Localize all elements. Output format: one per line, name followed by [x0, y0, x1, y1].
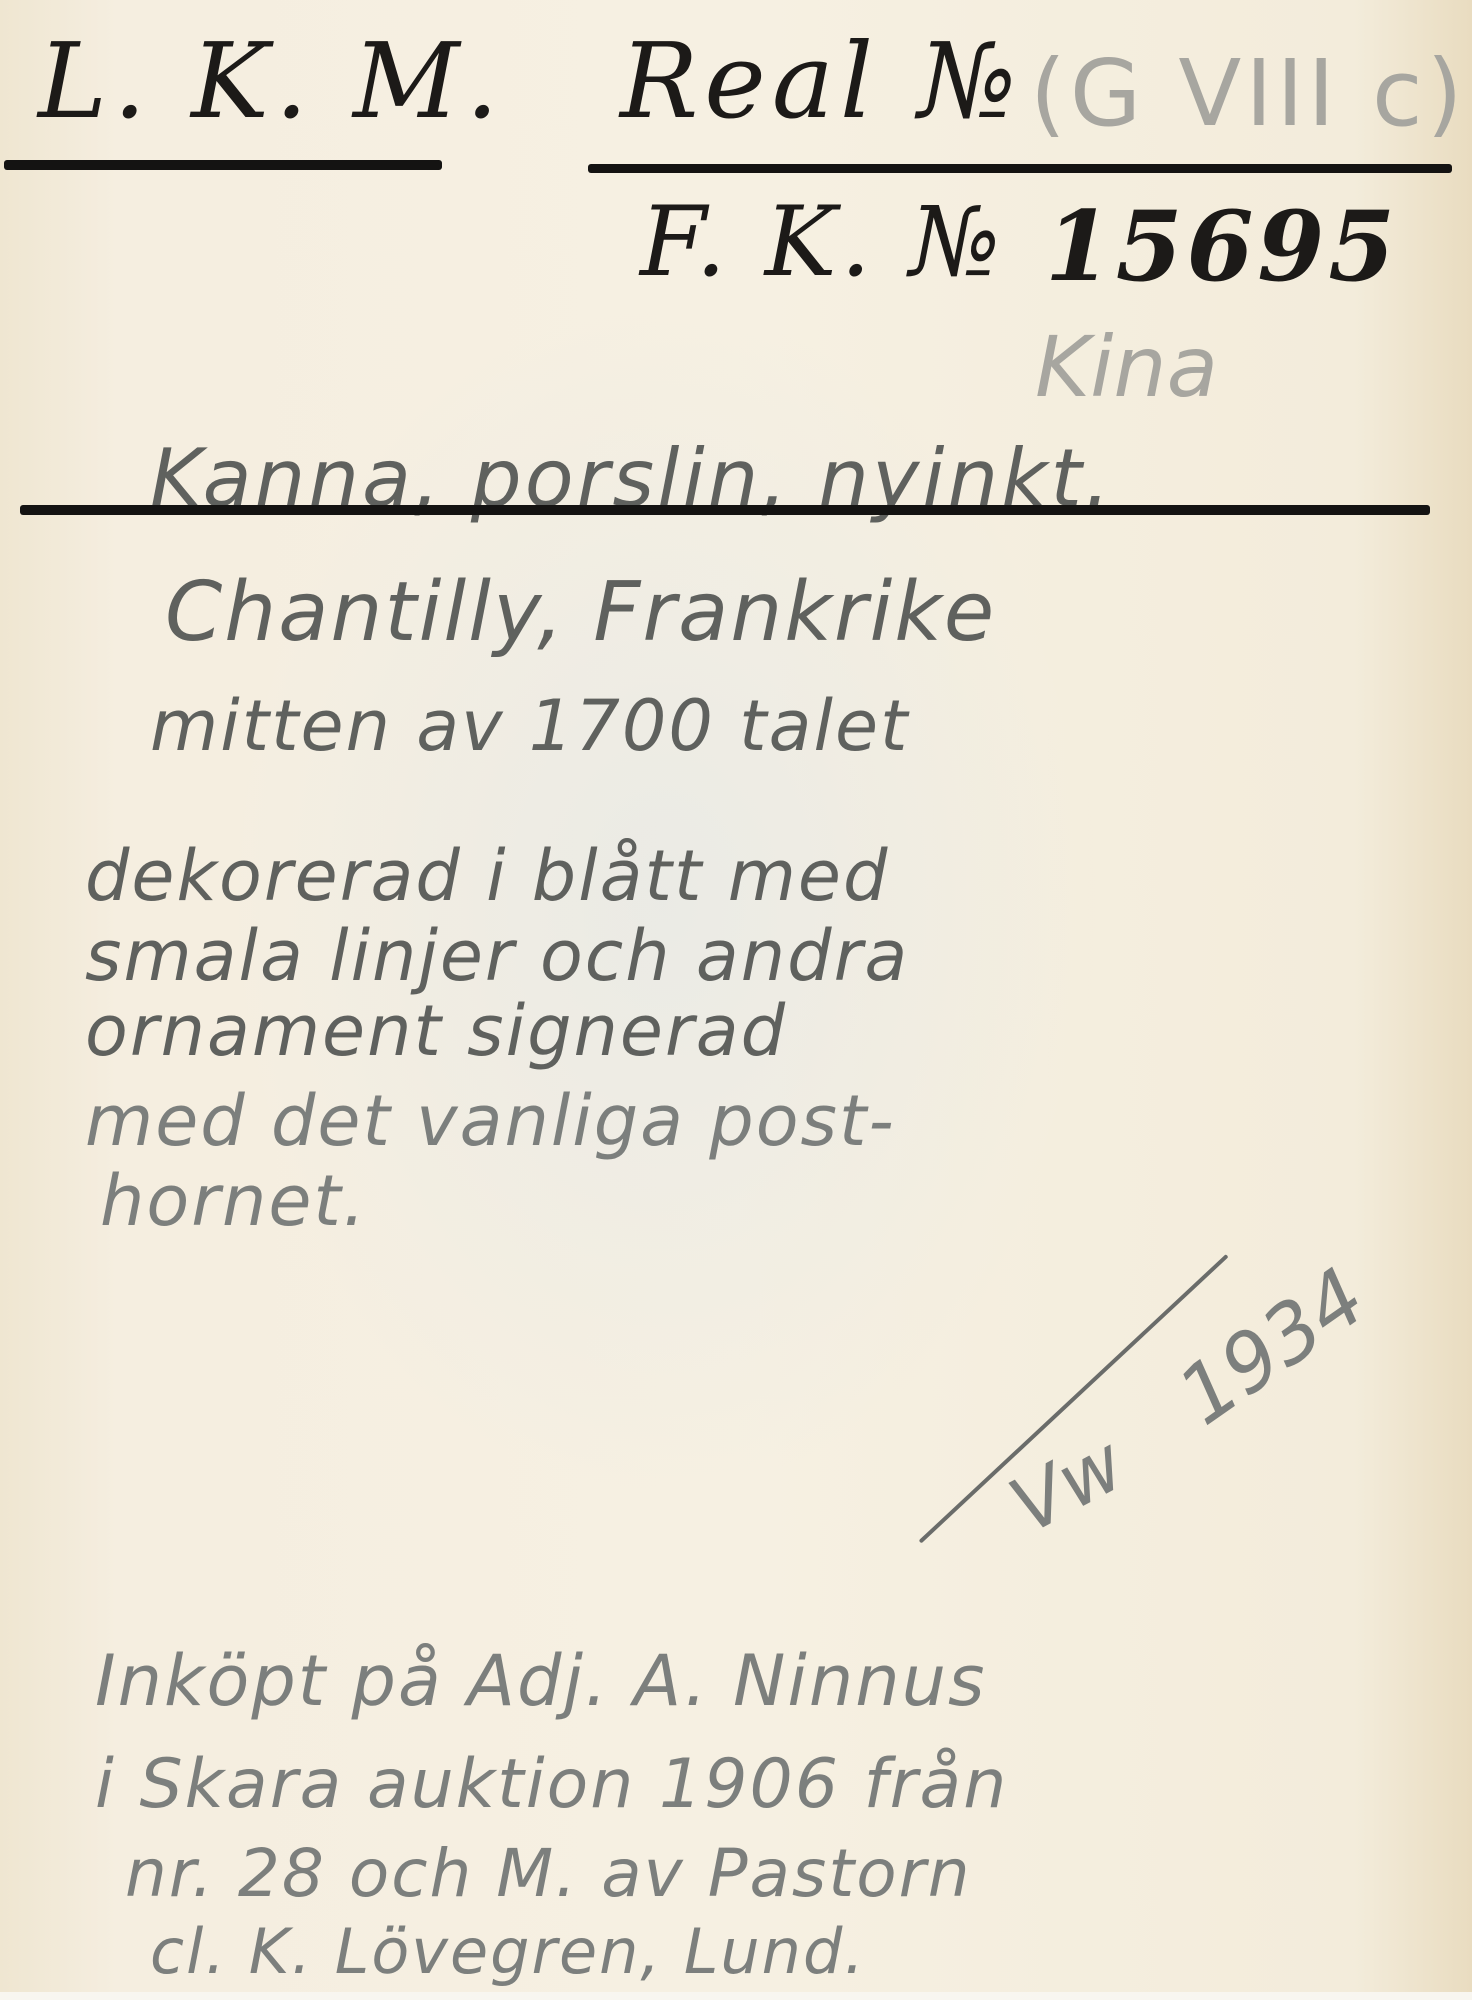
provenance-line-3: nr. 28 och M. av Pastorn	[125, 1835, 972, 1912]
body-line-6: med det vanliga post-	[85, 1080, 896, 1162]
body-line-4: smala linjer och andra	[85, 915, 909, 997]
category-pencil-note: Kina	[1035, 318, 1218, 416]
museum-abbreviation: L. K. M.	[38, 20, 505, 142]
catalog-card: L. K. M. Real № (G VIII c) K F. K. № 156…	[0, 0, 1472, 2000]
provenance-line-4: cl. K. Lövegren, Lund.	[150, 1915, 866, 1988]
signature-initials: Vw	[996, 1418, 1139, 1550]
title-rule	[20, 505, 1430, 515]
body-line-1: Chantilly, Frankrike	[165, 565, 996, 660]
real-number-label: Real №	[620, 20, 1023, 142]
fk-number-value: 15695	[1045, 190, 1399, 303]
body-line-3: dekorerad i blått med	[85, 835, 889, 917]
header-rule-left	[4, 160, 442, 170]
body-line-5: ornament signerad	[85, 990, 787, 1072]
signature-year: 1934	[1162, 1250, 1382, 1443]
header-rule-right	[588, 164, 1452, 173]
provenance-line-2: i Skara auktion 1906 från	[95, 1745, 1008, 1824]
body-line-2: mitten av 1700 talet	[150, 685, 909, 767]
body-line-7: hornet.	[100, 1160, 367, 1242]
real-number-value: (G VIII c) K	[1030, 40, 1472, 147]
provenance-line-1: Inköpt på Adj. A. Ninnus	[95, 1640, 986, 1722]
fk-number-label: F. K. №	[640, 186, 1004, 298]
